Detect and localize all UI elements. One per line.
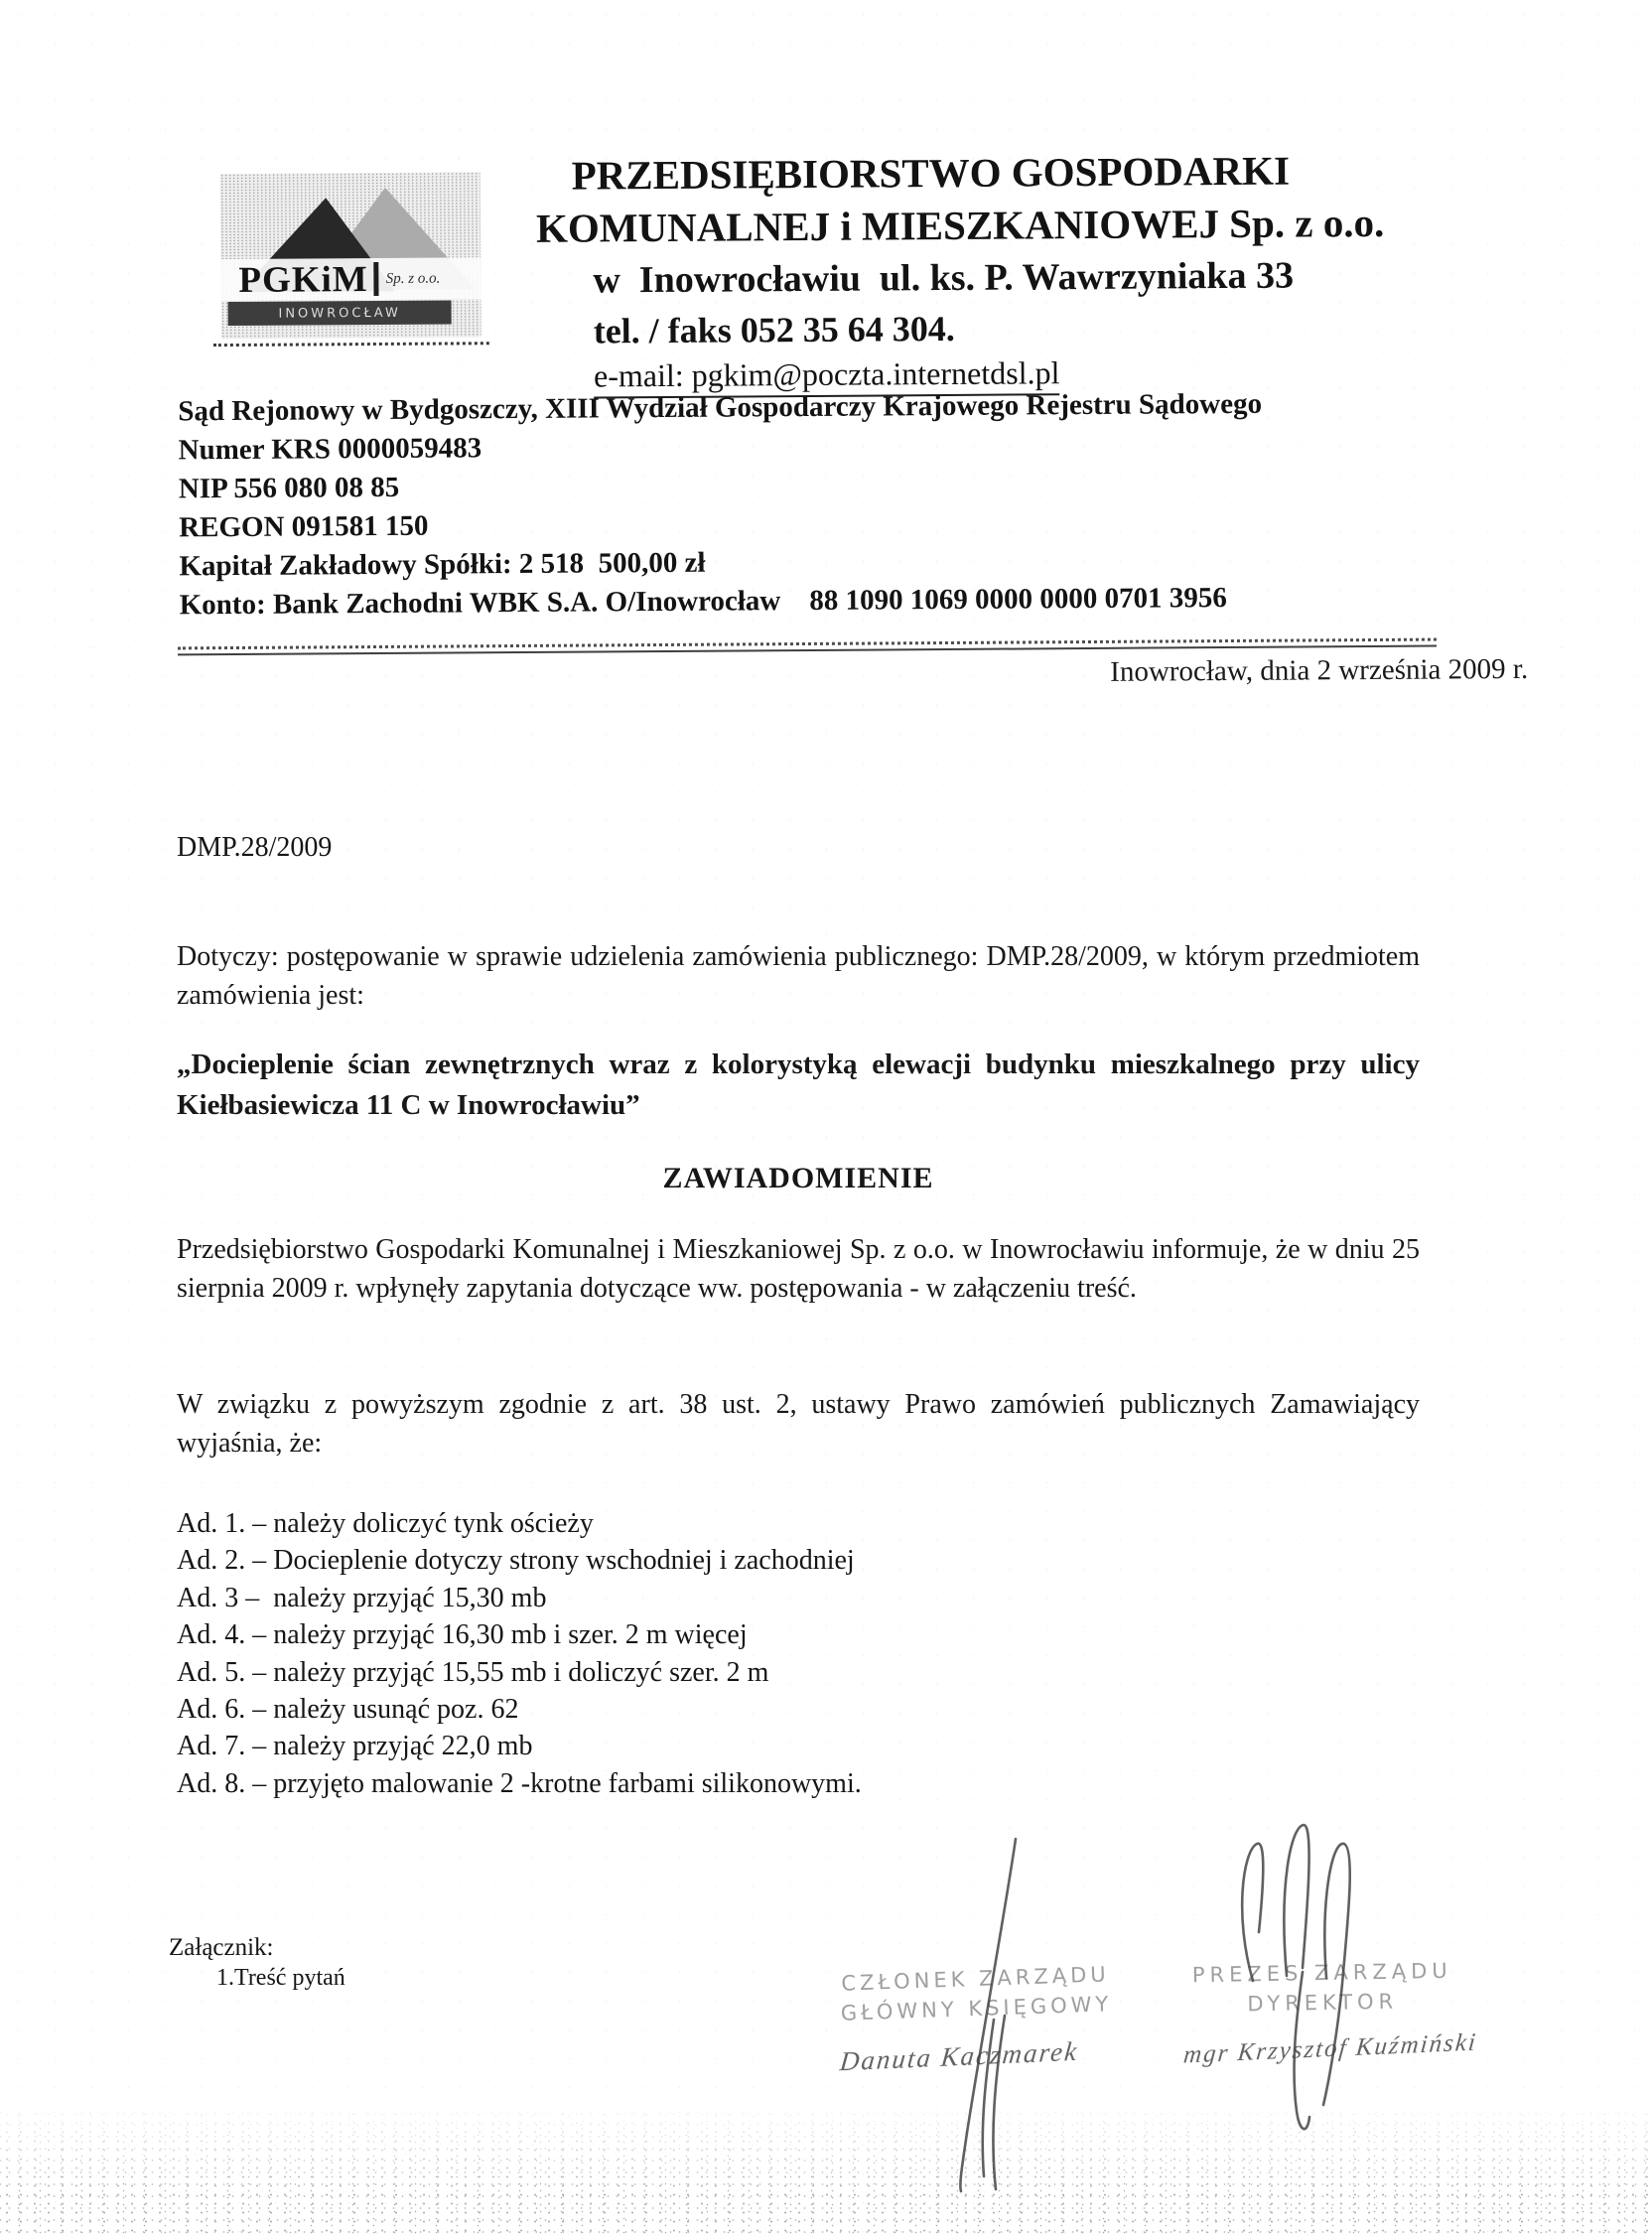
body-paragraph-1: Przedsiębiorstwo Gospodarki Komunalnej i… [177,1231,1420,1308]
registry-block: Sąd Rejonowy w Bydgoszczy, XIII Wydział … [178,383,1500,625]
answer-item-3: Ad. 3 – należy przyjąć 15,30 mb [177,1580,862,1616]
stamp-right-role-2: DYREKTOR [1154,1985,1491,2021]
body-paragraph-2: W związku z powyższym zgodnie z art. 38 … [177,1386,1420,1463]
dotted-separator [178,638,1437,656]
answer-item-6: Ad. 6. – należy usunąć poz. 62 [177,1691,862,1728]
stamp-right: PREZES ZARZĄDU DYREKTOR [1154,1955,1492,2021]
reference-number: DMP.28/2009 [177,832,332,864]
answer-item-2: Ad. 2. – Docieplenie dotyczy strony wsch… [177,1542,862,1579]
subject-intro-paragraph: Dotyczy: postępowanie w sprawie udzielen… [177,937,1420,1015]
logo-underline [213,342,489,347]
answers-list: Ad. 1. – należy doliczyć tynk ościeży Ad… [177,1505,862,1802]
attachment-label: Załącznik: [169,1932,345,1963]
logo-city-label: INOWROCŁAW [278,306,400,322]
company-phone-line: tel. / faks 052 35 64 304. [594,308,955,352]
date-place-line: Inowrocław, dnia 2 września 2009 r. [1110,653,1528,689]
logo-name-band: PGKiM Sp. z o.o. [220,258,481,301]
registry-bank-account-line: Konto: Bank Zachodni WBK S.A. O/Inowrocł… [180,577,1500,625]
company-name-line-2: KOMUNALNEJ i MIESZKANIOWEJ Sp. z o.o. [536,199,1385,252]
company-name-line-1: PRZEDSIĘBIORSTWO GOSPODARKI [571,147,1290,200]
scanned-letter-page: PGKiM Sp. z o.o. INOWROCŁAW PRZEDSIĘBIOR… [0,0,1652,2235]
answer-item-7: Ad. 7. – należy przyjąć 22,0 mb [177,1728,862,1764]
answer-item-5: Ad. 5. – należy przyjąć 15,55 mb i dolic… [177,1654,862,1691]
answer-item-1: Ad. 1. – należy doliczyć tynk ościeży [177,1505,862,1542]
stamp-left: CZŁONEK ZARZĄDU GŁÓWNY KSIĘGOWY [821,1959,1131,2029]
logo-acronym: PGKiM [238,261,368,299]
logo-company-suffix: Sp. z o.o. [386,270,441,287]
logo-city-band: INOWROCŁAW [228,301,452,327]
attachment-block: Załącznik: 1.Treść pytań [169,1932,345,1994]
answer-item-8: Ad. 8. – przyjęto malowanie 2 -krotne fa… [177,1765,862,1802]
notice-heading: ZAWIADOMIENIE [177,1162,1420,1195]
answer-item-4: Ad. 4. – należy przyjąć 16,30 mb i szer.… [177,1616,862,1653]
stamp-right-role-1: PREZES ZARZĄDU [1154,1955,1491,1991]
logo-divider-bar [374,262,379,296]
company-logo: PGKiM Sp. z o.o. INOWROCŁAW [220,172,482,339]
subject-title-paragraph: „Docieplenie ścian zewnętrznych wraz z k… [177,1045,1420,1126]
company-address-line: w Inowrocławiu ul. ks. P. Wawrzyniaka 33 [593,254,1294,303]
attachment-item: 1.Treść pytań [216,1963,345,1994]
